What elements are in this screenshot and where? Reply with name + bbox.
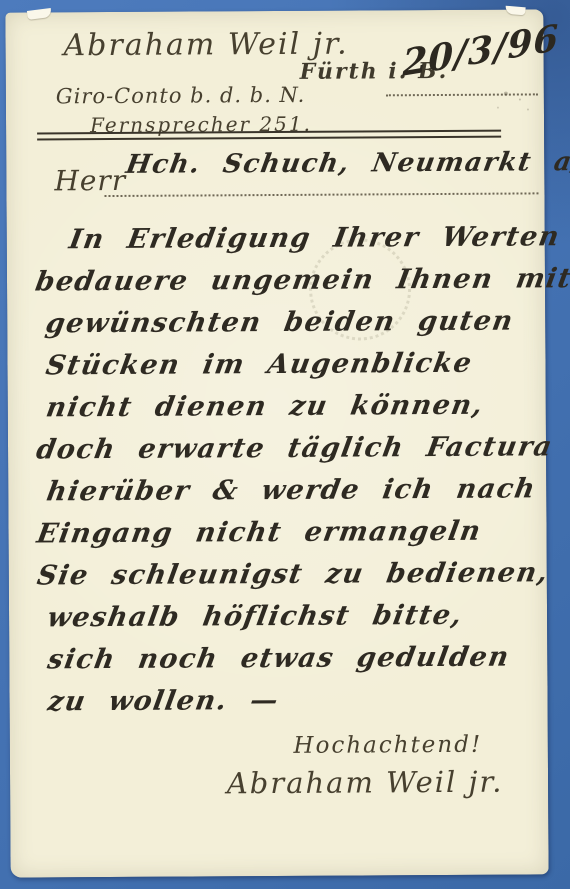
recipient-dotted-line: [104, 192, 538, 197]
handwritten-line: nicht dienen zu können,: [42, 389, 547, 434]
handwritten-line: hierüber & werde ich nach: [42, 473, 547, 518]
closing-block: Hochachtend! Abraham Weil jr.: [220, 732, 510, 801]
postmark-smudge: [504, 92, 508, 96]
handwritten-line: Eingang nicht ermangeln: [33, 515, 548, 560]
postcard: Abraham Weil jr. Giro-Conto b. d. b. N. …: [5, 9, 548, 877]
handwritten-line: sich noch etwas gedulden: [43, 641, 548, 686]
handwritten-line: Sie schleunigst zu bedienen,: [33, 557, 548, 602]
closing-salutation: Hochachtend!: [266, 732, 510, 759]
closing-signature: Abraham Weil jr.: [220, 765, 510, 801]
handwritten-line: In Erledigung Ihrer Werten: [65, 221, 546, 266]
handwritten-line: weshalb höflichst bitte,: [43, 599, 548, 644]
letterhead-account-line: Giro-Conto b. d. b. N.: [56, 83, 306, 109]
handwritten-line: Stücken im Augenblicke: [42, 347, 547, 392]
letterhead-company-name: Abraham Weil jr.: [63, 27, 348, 64]
handwritten-body: In Erledigung Ihrer Werten bedauere unge…: [31, 221, 542, 728]
card-corner-chip: [27, 8, 52, 20]
letterhead-divider-rule: [37, 130, 501, 141]
handwritten-line: doch erwarte täglich Factura: [32, 431, 547, 476]
handwritten-line: bedauere ungemein Ihnen mit: [31, 263, 546, 308]
card-edge-chip: [505, 6, 526, 16]
recipient-salutation: Herr: [54, 164, 126, 197]
recipient-handwritten-name: Hch. Schuch, Neumarkt a/R: [124, 147, 570, 180]
handwritten-line: zu wollen. —: [44, 683, 549, 728]
recipient-row: Herr Hch. Schuch, Neumarkt a/R: [54, 151, 540, 200]
scan-background: Abraham Weil jr. Giro-Conto b. d. b. N. …: [0, 0, 570, 889]
handwritten-line: gewünschten beiden guten: [41, 305, 546, 350]
